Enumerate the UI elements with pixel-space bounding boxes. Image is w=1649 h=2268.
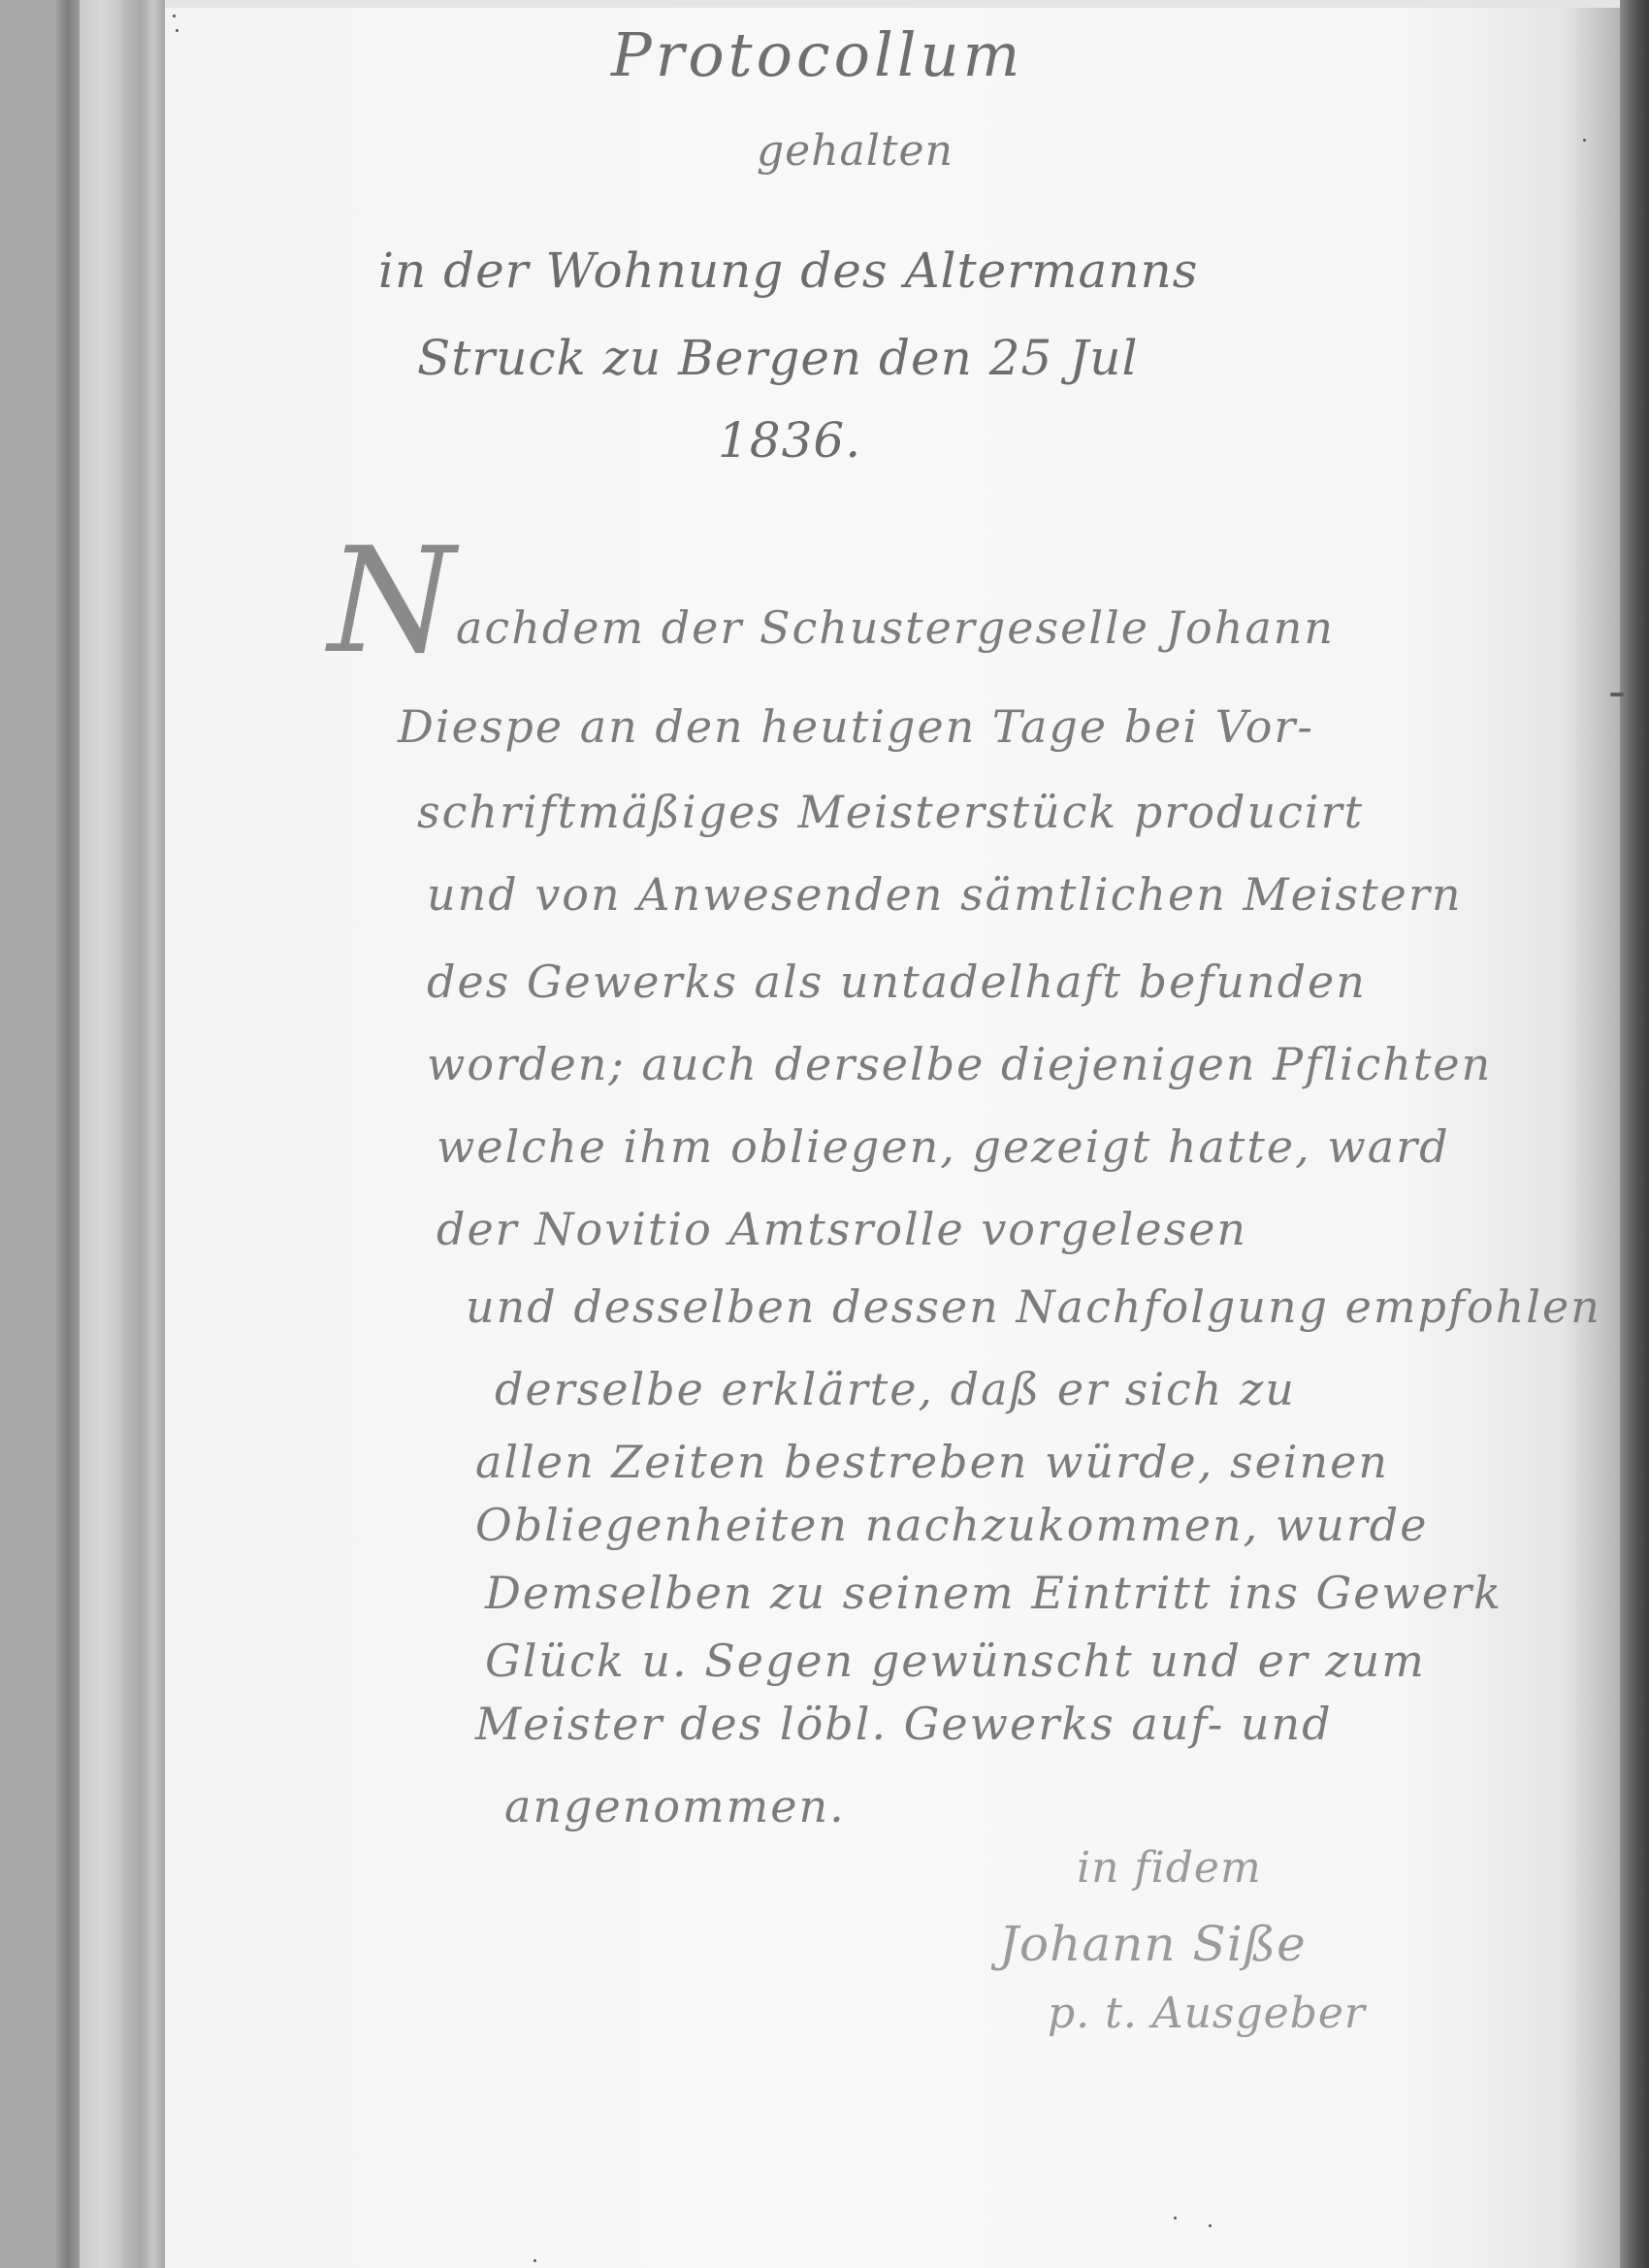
body-line: und von Anwesenden sämtlichen Meistern: [427, 868, 1462, 921]
body-line: und desselben dessen Nachfolgung empfohl…: [466, 1280, 1601, 1333]
body-line: des Gewerks als untadelhaft befunden: [427, 956, 1367, 1008]
paper-speck: [1209, 2224, 1212, 2227]
page-top-edge: [165, 0, 1620, 8]
body-line: derselbe erklärte, daß er sich zu: [495, 1363, 1296, 1415]
body-line: achdem der Schustergeselle Johann: [456, 601, 1335, 654]
book-gutter-strip: [80, 0, 123, 2268]
body-line: Demselben zu seinem Eintritt ins Gewerk: [485, 1567, 1503, 1619]
body-line: worden; auch derselbe diejenigen Pflicht…: [427, 1038, 1492, 1090]
body-drop-cap: N: [328, 529, 455, 674]
heading-line-year: 1836.: [718, 412, 861, 469]
signature-in-fidem: in fidem: [1077, 1843, 1262, 1893]
heading-line-date: Struck zu Bergen den 25 Jul: [417, 330, 1138, 386]
signature-name: Johann Siße: [999, 1916, 1307, 1972]
heading-line-location: in der Wohnung des Altermanns: [378, 243, 1198, 299]
body-line: Glück u. Segen gewünscht und er zum: [485, 1635, 1426, 1687]
body-line: der Novitio Amtsrolle vorgelesen: [436, 1203, 1247, 1255]
document-subtitle: gehalten: [757, 126, 954, 176]
document-title: Protocollum: [611, 19, 1023, 90]
body-line: Diespe an den heutigen Tage bei Vor-: [398, 700, 1314, 753]
body-line: schriftmäßiges Meisterstück producirt: [417, 786, 1364, 838]
book-gutter-edge: [123, 0, 167, 2268]
signature-title: p. t. Ausgeber: [1048, 1989, 1366, 2038]
body-line: Meister des löbl. Gewerks auf- und: [475, 1698, 1333, 1750]
body-line: angenommen.: [504, 1780, 846, 1832]
paper-speck: [176, 29, 178, 32]
paper-speck: [1583, 139, 1586, 142]
body-line: allen Zeiten bestreben würde, seinen: [475, 1436, 1389, 1488]
body-line: welche ihm obliegen, gezeigt hatte, ward: [436, 1120, 1450, 1173]
right-scan-edge: [1620, 0, 1649, 2268]
paper-speck: [533, 2259, 536, 2262]
book-binding-shadow: [56, 0, 80, 2268]
paper-speck: [173, 15, 176, 17]
paper-speck: [1174, 2217, 1177, 2219]
body-line: Obliegenheiten nachzukommen, wurde: [475, 1499, 1428, 1551]
margin-ink-mark: [1610, 693, 1624, 697]
